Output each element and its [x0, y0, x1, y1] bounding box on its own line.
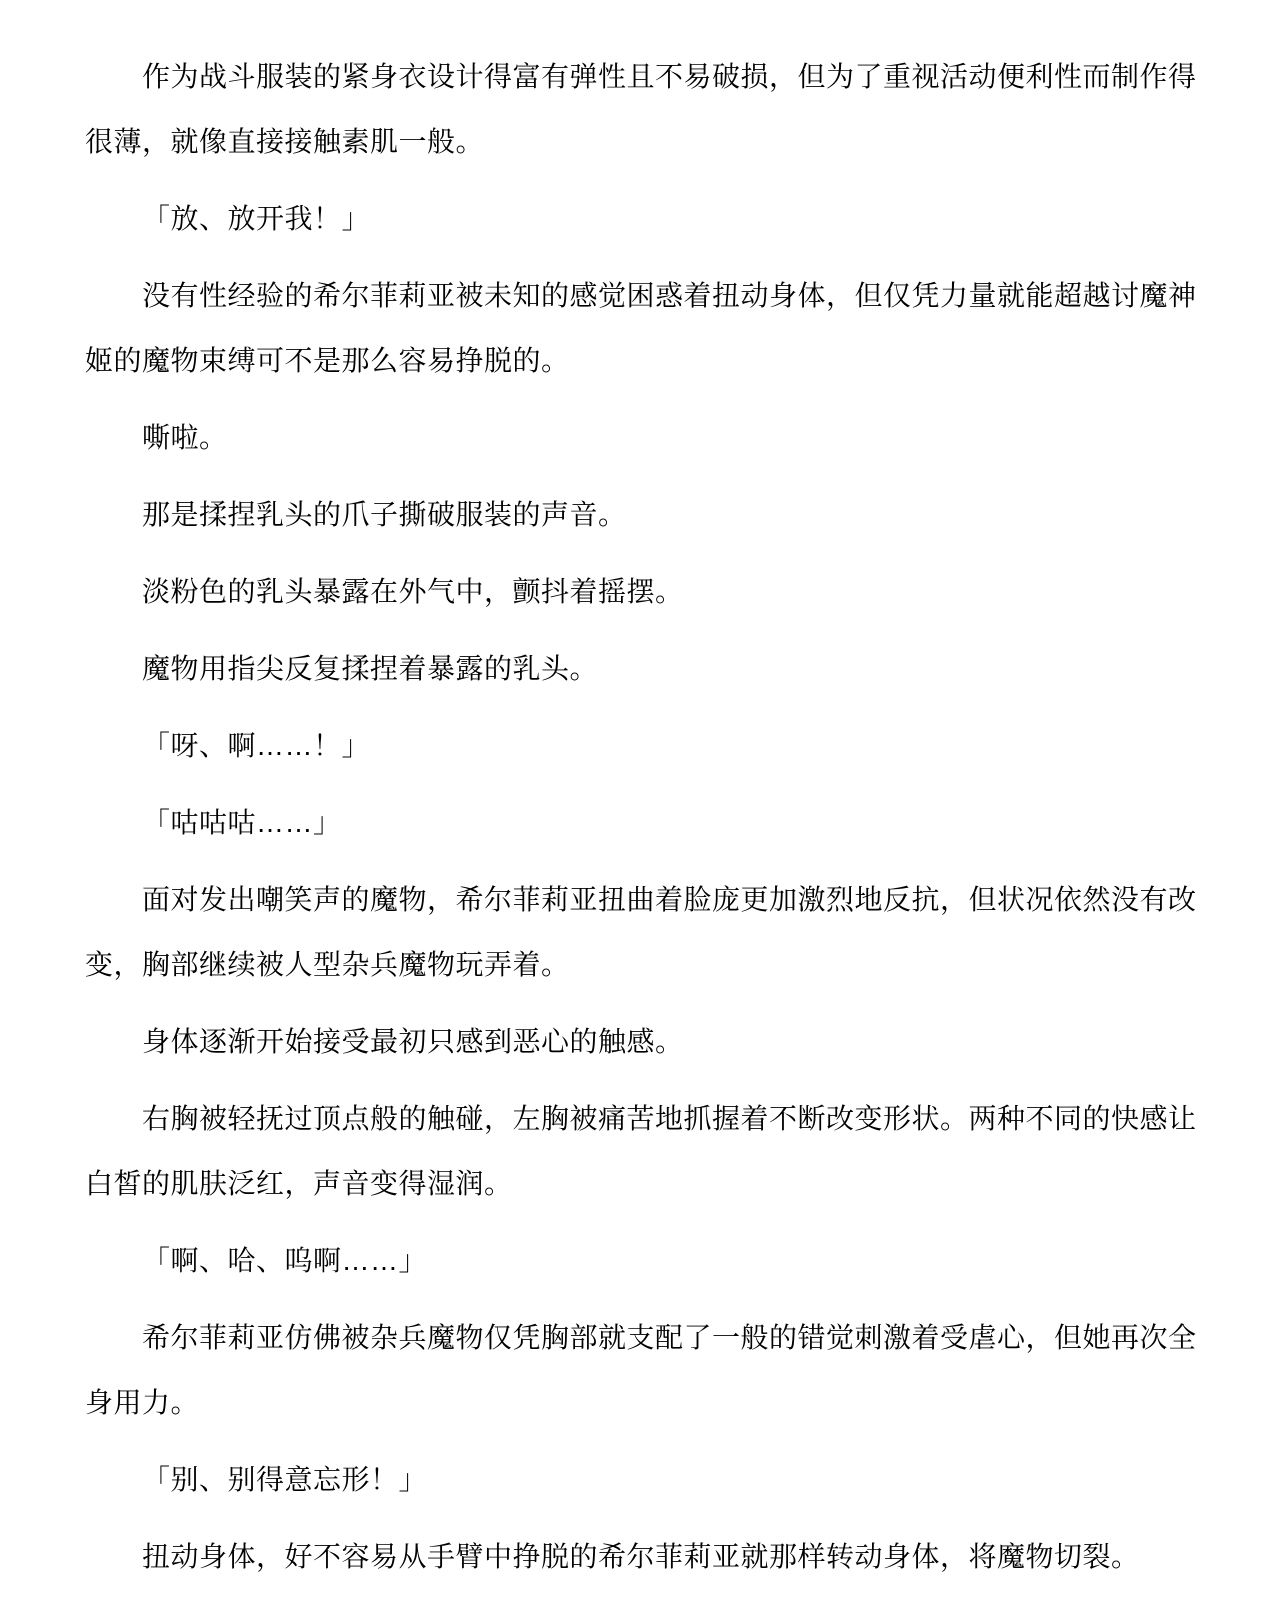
paragraph: 「放、放开我！」 [85, 186, 1205, 251]
paragraph: 扭动身体，好不容易从手臂中挣脱的希尔菲莉亚就那样转动身体，将魔物切裂。 [85, 1524, 1205, 1589]
text-content: 作为战斗服装的紧身衣设计得富有弹性且不易破损，但为了重视活动便利性而制作得很薄，… [85, 44, 1205, 1589]
novel-page: 作为战斗服装的紧身衣设计得富有弹性且不易破损，但为了重视活动便利性而制作得很薄，… [0, 0, 1280, 1624]
paragraph: 「啊、哈、呜啊……」 [85, 1228, 1205, 1293]
paragraph: 那是揉捏乳头的爪子撕破服装的声音。 [85, 482, 1205, 547]
paragraph: 身体逐渐开始接受最初只感到恶心的触感。 [85, 1009, 1205, 1074]
paragraph: 作为战斗服装的紧身衣设计得富有弹性且不易破损，但为了重视活动便利性而制作得很薄，… [85, 44, 1205, 174]
paragraph: 魔物用指尖反复揉捏着暴露的乳头。 [85, 636, 1205, 701]
paragraph: 嘶啦。 [85, 405, 1205, 470]
paragraph: 淡粉色的乳头暴露在外气中，颤抖着摇摆。 [85, 559, 1205, 624]
paragraph: 「呀、啊……！」 [85, 713, 1205, 778]
paragraph: 右胸被轻抚过顶点般的触碰，左胸被痛苦地抓握着不断改变形状。两种不同的快感让白皙的… [85, 1086, 1205, 1216]
paragraph: 「别、别得意忘形！」 [85, 1447, 1205, 1512]
paragraph: 没有性经验的希尔菲莉亚被未知的感觉困惑着扭动身体，但仅凭力量就能超越讨魔神姬的魔… [85, 263, 1205, 393]
paragraph: 希尔菲莉亚仿佛被杂兵魔物仅凭胸部就支配了一般的错觉刺激着受虐心，但她再次全身用力… [85, 1305, 1205, 1435]
paragraph: 面对发出嘲笑声的魔物，希尔菲莉亚扭曲着脸庞更加激烈地反抗，但状况依然没有改变，胸… [85, 867, 1205, 997]
paragraph: 「咕咕咕……」 [85, 790, 1205, 855]
